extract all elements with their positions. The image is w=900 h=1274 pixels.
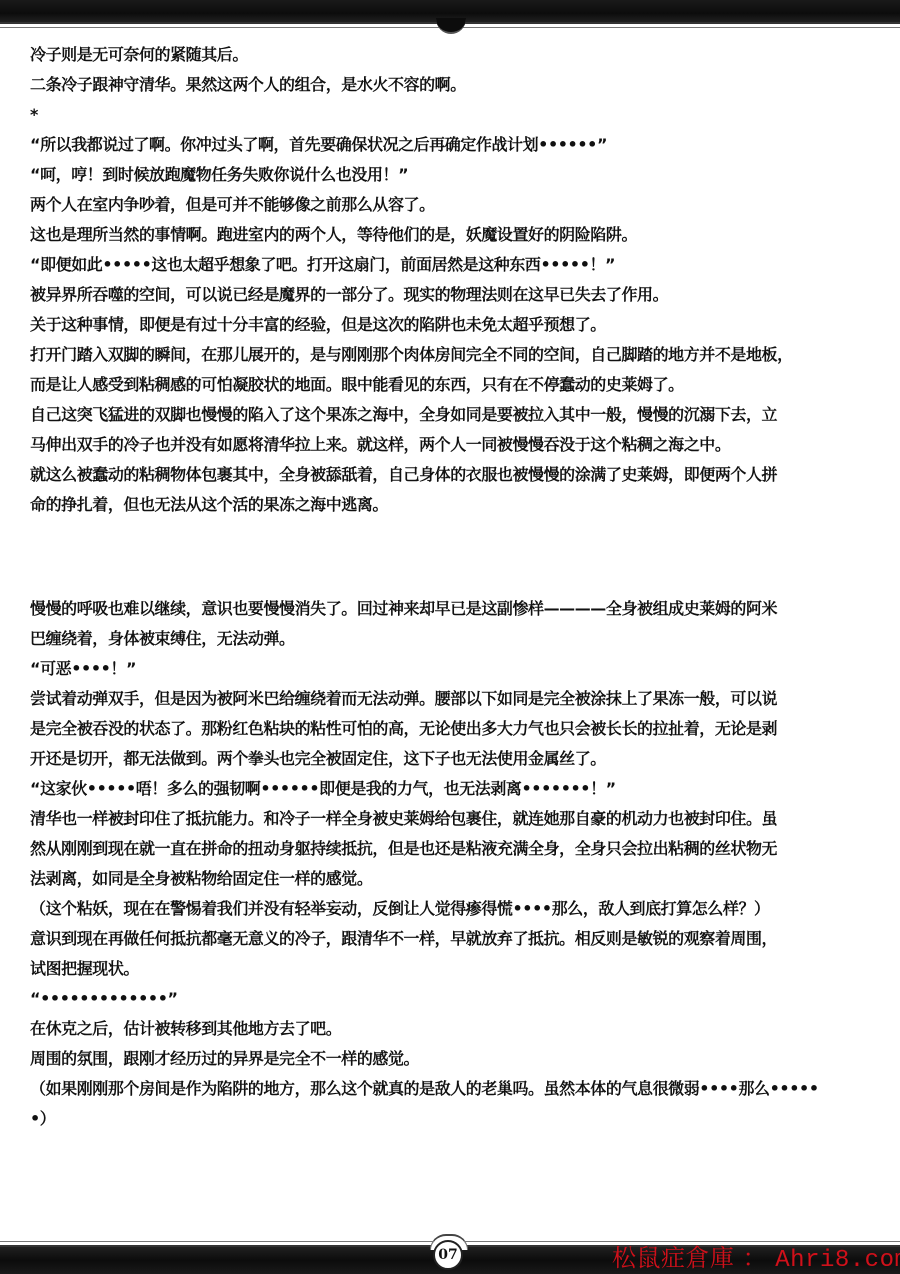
text-line: “可恶••••！” xyxy=(30,658,888,679)
paragraph: “即便如此•••••这也太超乎想象了吧。打开这扇门，前面居然是这种东西•••••… xyxy=(30,254,890,275)
page-number: 07 xyxy=(433,1240,463,1270)
text-line: 这也是理所当然的事情啊。跑进室内的两个人，等待他们的是，妖魔设置好的阴险陷阱。 xyxy=(30,224,888,245)
paragraph-gap xyxy=(30,275,890,284)
text-line: 打开门踏入双脚的瞬间，在那儿展开的，是与刚刚那个肉体房间完全不同的空间，自己脚踏… xyxy=(30,344,888,365)
text-line: “所以我都说过了啊。你冲过头了啊，首先要确保状况之后再确定作战计划••••••” xyxy=(30,134,888,155)
paragraph-gap xyxy=(30,649,890,658)
paragraph-gap xyxy=(30,335,890,344)
paragraph-gap xyxy=(30,679,890,688)
paragraph: 就这么被蠢动的粘稠物体包裹其中，全身被舔舐着，自己身体的衣服也被慢慢的涂满了史莱… xyxy=(30,464,890,515)
paragraph-gap xyxy=(30,245,890,254)
line-gap xyxy=(30,949,890,958)
paragraph: 这也是理所当然的事情啊。跑进室内的两个人，等待他们的是，妖魔设置好的阴险陷阱。 xyxy=(30,224,890,245)
paragraph: 在休克之后，估计被转移到其他地方去了吧。 xyxy=(30,1018,890,1039)
header-notch-ornament xyxy=(436,18,466,34)
text-line: * xyxy=(30,104,888,125)
text-line: 清华也一样被封印住了抵抗能力。和冷子一样全身被史莱姆给包裹住，就连她那自豪的机动… xyxy=(30,808,888,829)
paragraph-gap xyxy=(30,1069,890,1078)
text-line: 周围的氛围，跟刚才经历过的异界是完全不一样的感觉。 xyxy=(30,1048,888,1069)
watermark: 松鼠症倉庫 ： Ahri8.com xyxy=(612,1238,900,1274)
paragraph: （如果刚刚那个房间是作为陷阱的地方，那么这个就真的是敌人的老巢吗。虽然本体的气息… xyxy=(30,1078,890,1129)
watermark-site: Ahri8.com xyxy=(775,1247,900,1274)
page-body: 冷子则是无可奈何的紧随其后。二条冷子跟神守清华。果然这两个人的组合，是水火不容的… xyxy=(30,44,890,1138)
paragraph: “可恶••••！” xyxy=(30,658,890,679)
paragraph: “呵，哼！到时候放跑魔物任务失败你说什么也没用！” xyxy=(30,164,890,185)
text-line: 然从刚刚到现在就一直在拼命的扭动身躯持续抵抗，但是也还是粘液充满全身，全身只会拉… xyxy=(30,838,888,859)
paragraph-gap xyxy=(30,65,890,74)
paragraph-gap xyxy=(30,215,890,224)
paragraph: “这家伙•••••唔！多么的强韧啊••••••即便是我的力气，也无法剥离••••… xyxy=(30,778,890,799)
text-line: 试图把握现状。 xyxy=(30,958,888,979)
text-line: “这家伙•••••唔！多么的强韧啊••••••即便是我的力气，也无法剥离••••… xyxy=(30,778,888,799)
paragraph: 自己这突飞猛进的双脚也慢慢的陷入了这个果冻之海中，全身如同是要被拉入其中一般，慢… xyxy=(30,404,890,455)
watermark-cn: 松鼠症倉庫 xyxy=(612,1244,735,1272)
text-line: 是完全被吞没的状态了。那粉红色粘块的粘性可怕的高，无论使出多大力气也只会被长长的… xyxy=(30,718,888,739)
paragraph-gap xyxy=(30,799,890,808)
text-line: 自己这突飞猛进的双脚也慢慢的陷入了这个果冻之海中，全身如同是要被拉入其中一般，慢… xyxy=(30,404,888,425)
paragraph: （这个粘妖，现在在警惕着我们并没有轻举妄动，反倒让人觉得瘆得慌••••那么，敌人… xyxy=(30,898,890,919)
text-line: 法剥离，如同是全身被粘物给固定住一样的感觉。 xyxy=(30,868,888,889)
paragraph: 冷子则是无可奈何的紧随其后。 xyxy=(30,44,890,65)
text-line: •） xyxy=(30,1108,888,1129)
text-line: 马伸出双手的冷子也并没有如愿将清华拉上来。就这样，两个人一同被慢慢吞没于这个粘稠… xyxy=(30,434,888,455)
paragraph-gap xyxy=(30,305,890,314)
paragraph: 意识到现在再做任何抵抗都毫无意义的冷子，跟清华不一样，早就放弃了抵抗。相反则是敏… xyxy=(30,928,890,979)
paragraph: 清华也一样被封印住了抵抗能力。和冷子一样全身被史莱姆给包裹住，就连她那自豪的机动… xyxy=(30,808,890,889)
paragraph-gap xyxy=(30,1039,890,1048)
paragraph-gap xyxy=(30,185,890,194)
section-spacer xyxy=(30,524,890,598)
text-line: 关于这种事情，即便是有过十分丰富的经验，但是这次的陷阱也未免太超乎预想了。 xyxy=(30,314,888,335)
paragraph-gap xyxy=(30,455,890,464)
paragraph: 关于这种事情，即便是有过十分丰富的经验，但是这次的陷阱也未免太超乎预想了。 xyxy=(30,314,890,335)
line-gap xyxy=(30,709,890,718)
text-line: 冷子则是无可奈何的紧随其后。 xyxy=(30,44,888,65)
paragraph-gap xyxy=(30,155,890,164)
paragraph: 被异界所吞噬的空间，可以说已经是魔界的一部分了。现实的物理法则在这早已失去了作用… xyxy=(30,284,890,305)
line-gap xyxy=(30,425,890,434)
line-gap xyxy=(30,1099,890,1108)
paragraph-gap xyxy=(30,889,890,898)
text-line: 意识到现在再做任何抵抗都毫无意义的冷子，跟清华不一样，早就放弃了抵抗。相反则是敏… xyxy=(30,928,888,949)
paragraph: 尝试着动弹双手，但是因为被阿米巴给缠绕着而无法动弹。腰部以下如同是完全被涂抹上了… xyxy=(30,688,890,769)
paragraph-gap xyxy=(30,515,890,524)
line-gap xyxy=(30,739,890,748)
paragraph-gap xyxy=(30,95,890,104)
paragraph: * xyxy=(30,104,890,125)
paragraph-gap xyxy=(30,979,890,988)
paragraph-gap xyxy=(30,125,890,134)
text-line: “•••••••••••••” xyxy=(30,988,888,1009)
paragraph: 打开门踏入双脚的瞬间，在那儿展开的，是与刚刚那个肉体房间完全不同的空间，自己脚踏… xyxy=(30,344,890,395)
line-gap xyxy=(30,485,890,494)
text-line: （这个粘妖，现在在警惕着我们并没有轻举妄动，反倒让人觉得瘆得慌••••那么，敌人… xyxy=(30,898,888,919)
paragraph: 两个人在室内争吵着，但是可并不能够像之前那么从容了。 xyxy=(30,194,890,215)
paragraph: “所以我都说过了啊。你冲过头了啊，首先要确保状况之后再确定作战计划••••••” xyxy=(30,134,890,155)
text-section-bottom: 慢慢的呼吸也难以继续，意识也要慢慢消失了。回过神来却早已是这副惨样————全身被… xyxy=(30,598,890,1138)
line-gap xyxy=(30,619,890,628)
paragraph-gap xyxy=(30,1009,890,1018)
line-gap xyxy=(30,829,890,838)
paragraph: 周围的氛围，跟刚才经历过的异界是完全不一样的感觉。 xyxy=(30,1048,890,1069)
paragraph-gap xyxy=(30,395,890,404)
text-line: 尝试着动弹双手，但是因为被阿米巴给缠绕着而无法动弹。腰部以下如同是完全被涂抹上了… xyxy=(30,688,888,709)
paragraph: “•••••••••••••” xyxy=(30,988,890,1009)
text-line: 而是让人感受到粘稠感的可怕凝胶状的地面。眼中能看见的东西，只有在不停蠢动的史莱姆… xyxy=(30,374,888,395)
text-line: “呵，哼！到时候放跑魔物任务失败你说什么也没用！” xyxy=(30,164,888,185)
text-line: 开还是切开，都无法做到。两个拳头也完全被固定住，这下子也无法使用金属丝了。 xyxy=(30,748,888,769)
text-line: 就这么被蠢动的粘稠物体包裹其中，全身被舔舐着，自己身体的衣服也被慢慢的涂满了史莱… xyxy=(30,464,888,485)
text-line: 巴缠绕着，身体被束缚住，无法动弹。 xyxy=(30,628,888,649)
line-gap xyxy=(30,365,890,374)
paragraph: 二条冷子跟神守清华。果然这两个人的组合，是水火不容的啊。 xyxy=(30,74,890,95)
text-line: 在休克之后，估计被转移到其他地方去了吧。 xyxy=(30,1018,888,1039)
paragraph-gap xyxy=(30,769,890,778)
text-line: “即便如此•••••这也太超乎想象了吧。打开这扇门，前面居然是这种东西•••••… xyxy=(30,254,888,275)
text-line: 两个人在室内争吵着，但是可并不能够像之前那么从容了。 xyxy=(30,194,888,215)
text-line: 被异界所吞噬的空间，可以说已经是魔界的一部分了。现实的物理法则在这早已失去了作用… xyxy=(30,284,888,305)
text-line: 命的挣扎着，但也无法从这个活的果冻之海中逃离。 xyxy=(30,494,888,515)
paragraph-gap xyxy=(30,1129,890,1138)
line-gap xyxy=(30,859,890,868)
text-line: 二条冷子跟神守清华。果然这两个人的组合，是水火不容的啊。 xyxy=(30,74,888,95)
text-section-top: 冷子则是无可奈何的紧随其后。二条冷子跟神守清华。果然这两个人的组合，是水火不容的… xyxy=(30,44,890,524)
paragraph-gap xyxy=(30,919,890,928)
paragraph: 慢慢的呼吸也难以继续，意识也要慢慢消失了。回过神来却早已是这副惨样————全身被… xyxy=(30,598,890,649)
watermark-separator: ： xyxy=(735,1244,776,1272)
text-line: 慢慢的呼吸也难以继续，意识也要慢慢消失了。回过神来却早已是这副惨样————全身被… xyxy=(30,598,888,619)
text-line: （如果刚刚那个房间是作为陷阱的地方，那么这个就真的是敌人的老巢吗。虽然本体的气息… xyxy=(30,1078,888,1099)
